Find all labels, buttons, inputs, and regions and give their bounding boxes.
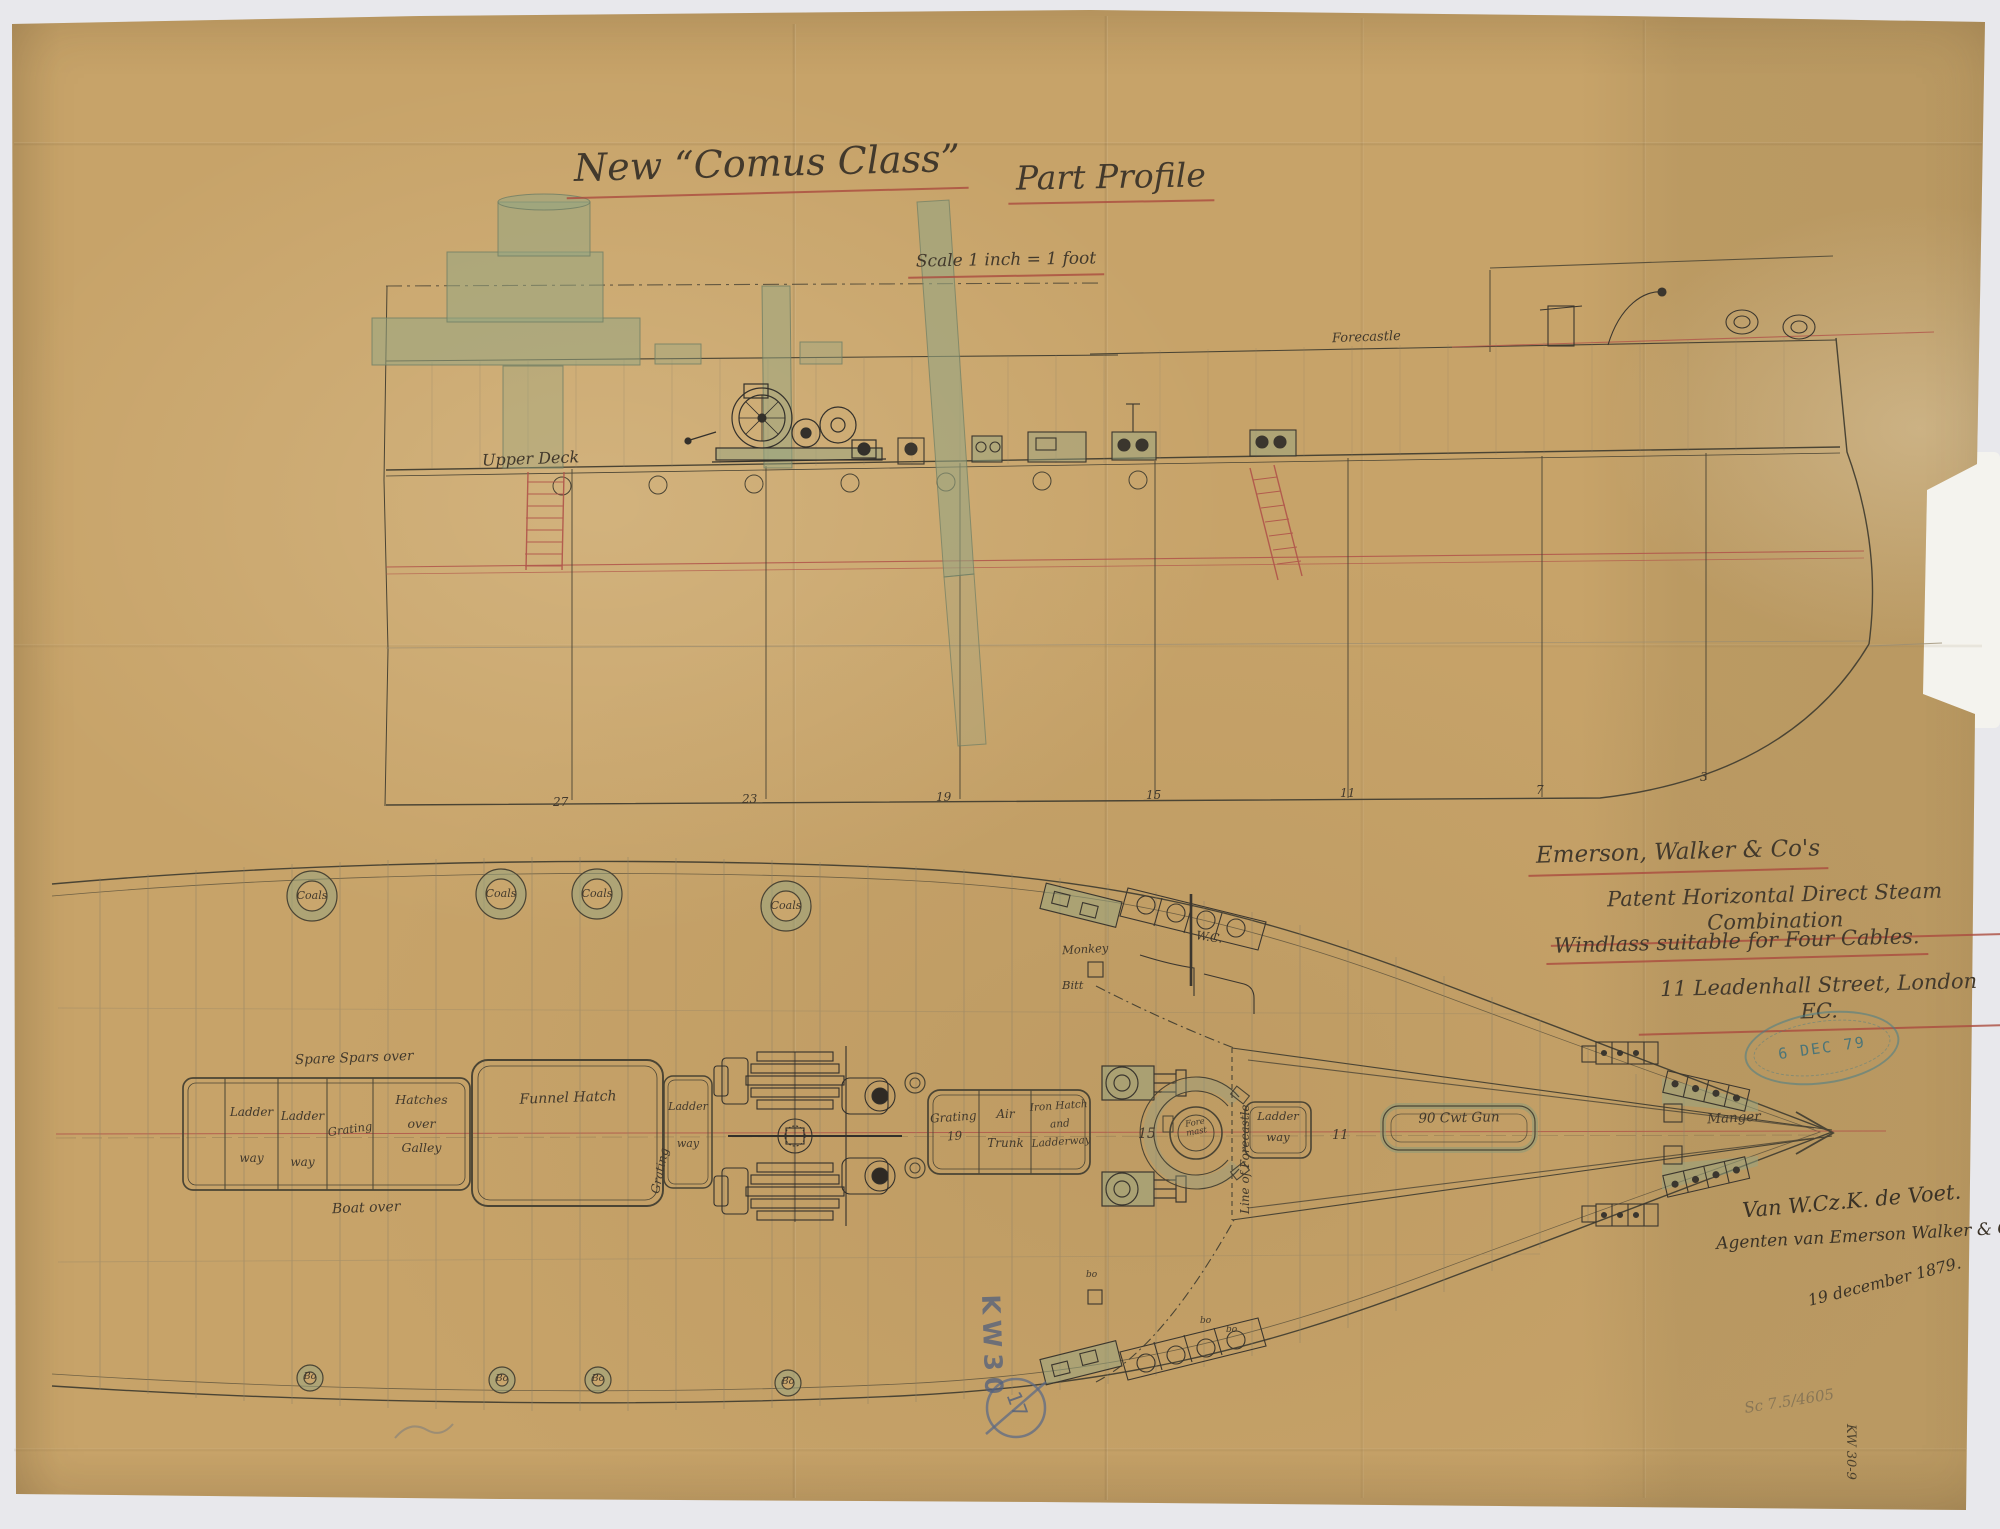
mast-profile bbox=[917, 200, 986, 746]
scanned-drawing-sheet: New “Comus Class” Part Profile Scale 1 i… bbox=[0, 0, 2000, 1529]
label-bitt: Bitt bbox=[1062, 978, 1083, 992]
label-15: 15 bbox=[1138, 1126, 1156, 1144]
frame-number: 3 bbox=[1700, 770, 1708, 785]
label-bo: Bo bbox=[487, 1373, 517, 1385]
label-gun: 90 Cwt Gun bbox=[1398, 1109, 1520, 1128]
port-circles bbox=[553, 471, 1147, 495]
label-coals: Coals bbox=[756, 899, 816, 913]
label-ladder-way-3: Ladder way bbox=[664, 1088, 712, 1163]
ladders bbox=[525, 465, 1302, 580]
frame-number: 27 bbox=[553, 795, 568, 810]
label-ladder-way-1: Ladder way bbox=[225, 1090, 278, 1181]
label-air-trunk: Air Trunk bbox=[980, 1100, 1031, 1158]
frame-number: 7 bbox=[1536, 783, 1544, 798]
label-bo-small: bo bbox=[1200, 1316, 1211, 1327]
funnel bbox=[372, 194, 842, 468]
label-monkey: Monkey bbox=[1062, 941, 1109, 958]
frame-number: 15 bbox=[1146, 788, 1161, 803]
label-bo: Bo bbox=[295, 1371, 325, 1383]
drawing-title: New “Comus Class” bbox=[565, 135, 968, 199]
label-bo-small: bo bbox=[1086, 1270, 1097, 1281]
label-bo: Bo bbox=[583, 1373, 613, 1385]
frame-number: 19 bbox=[936, 790, 951, 805]
drawing-subtitle: Part Profile bbox=[1008, 154, 1215, 205]
label-iron-hatch: Iron Hatch and Ladderway bbox=[1028, 1096, 1092, 1154]
label-bo: Bo bbox=[773, 1376, 803, 1388]
label-upper-deck: Upper Deck bbox=[482, 447, 580, 470]
frame-number: 23 bbox=[742, 792, 757, 807]
label-ladder-way-2: Ladder way bbox=[278, 1094, 327, 1185]
label-hatches-galley: Hatches over Galley bbox=[373, 1088, 470, 1159]
label-boat-over: Boat over bbox=[332, 1199, 401, 1219]
label-bo-small: bo bbox=[1226, 1325, 1237, 1336]
annotation-edge-mark: KW 30-9 bbox=[1842, 1424, 1858, 1480]
windlass-plan bbox=[714, 1046, 902, 1226]
label-coals: Coals bbox=[471, 887, 531, 901]
label-coals: Coals bbox=[567, 887, 627, 901]
scale-note: Scale 1 inch = 1 foot bbox=[908, 248, 1105, 279]
label-grating-19: Grating 19 bbox=[927, 1106, 982, 1148]
label-forecastle: Forecastle bbox=[1332, 329, 1401, 348]
label-11: 11 bbox=[1332, 1128, 1349, 1144]
label-ladder-way-4: Ladder way bbox=[1245, 1106, 1311, 1147]
label-coals: Coals bbox=[282, 889, 342, 903]
frame-number: 11 bbox=[1340, 786, 1355, 801]
annotation-kw30: KW30 bbox=[975, 1294, 1010, 1401]
